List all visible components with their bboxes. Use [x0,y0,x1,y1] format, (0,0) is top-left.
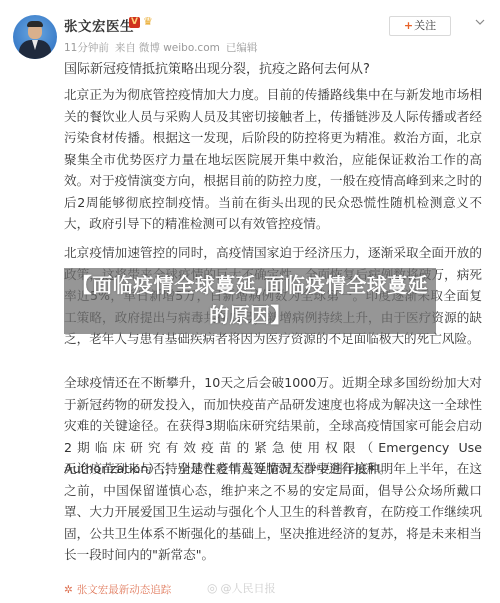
crown-icon: ♛ [143,16,155,28]
caption-overlay-text: 【面临疫情全球蔓延,面临疫情全球蔓延的原因】 [64,270,436,330]
post-time[interactable]: 11分钟前 [64,42,109,54]
follow-label: 关注 [414,19,436,32]
avatar[interactable] [13,15,57,59]
edited-label[interactable]: 已编辑 [226,42,258,54]
footer-link-label: 张文宏最新动态追踪 [77,584,172,596]
post-paragraph-1: 北京正为为彻底管控疫情加大力度。目前的传播路线集中在与新发地市场相关的餐饮业人员… [64,84,482,235]
sparkle-icon: ✲ [64,584,73,596]
watermark-text: @人民日报 [220,582,275,595]
source-prefix: 来自 [115,42,136,54]
chevron-down-icon[interactable] [475,17,485,27]
post-header: 张文宏医生 V ♛ 11分钟前来自微博 weibo.com已编辑 +关注 [0,0,500,60]
watermark: ◎@人民日报 [207,580,275,596]
post-paragraph-4: 无论疫苗到来与否，全球性疫情蔓延情况至少要到年底和明年上半年，在这之前，中国保留… [64,458,482,566]
post-source[interactable]: 微博 weibo.com [139,42,220,54]
follow-button[interactable]: +关注 [389,16,451,36]
verified-badge-icon: V [129,17,140,28]
post-meta: 11分钟前来自微博 weibo.com已编辑 [64,40,263,55]
footer-tracking-link[interactable]: ✲张文宏最新动态追踪 [64,582,171,597]
weibo-logo-icon: ◎ [207,581,217,595]
post-title: 国际新冠疫情抵抗策略出现分裂，抗疫之路何去何从? [64,58,370,77]
author-name[interactable]: 张文宏医生 [64,15,134,35]
avatar-hair [27,21,43,27]
plus-icon: + [404,19,413,32]
